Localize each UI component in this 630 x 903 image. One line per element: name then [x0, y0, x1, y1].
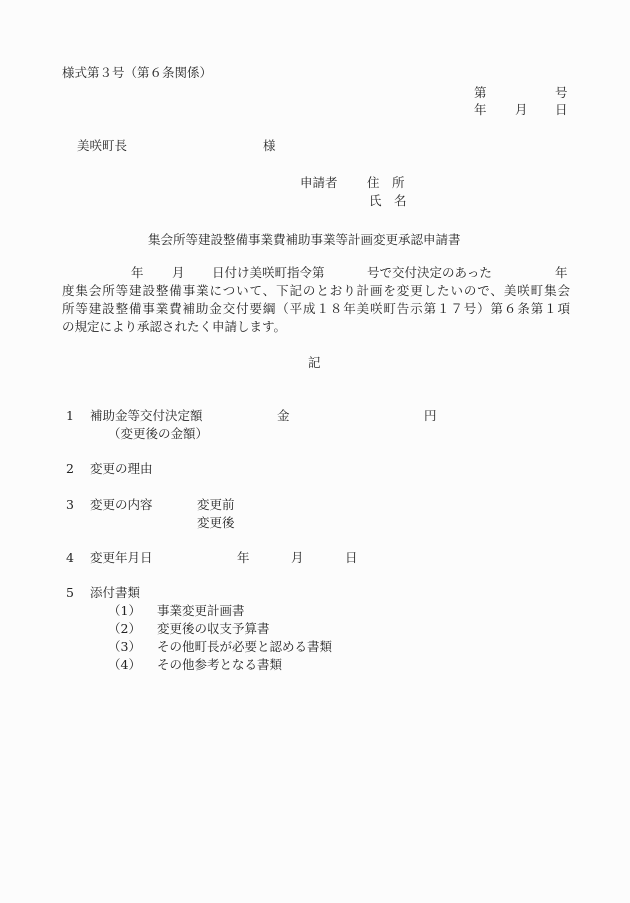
item-1-unit: 円 — [424, 407, 437, 425]
body-line-1-num: 号で交付決定のあった — [367, 264, 492, 282]
item-3-after: 変更後 — [197, 514, 235, 532]
doc-date-day: 日 — [555, 101, 568, 119]
addressee-name: 美咲町長 — [77, 137, 127, 155]
item-5-number: 5 — [66, 584, 74, 602]
body-line-2: 度集会所等建設整備事業について、下記のとおり計画を変更したいので、美咲町集会 — [62, 282, 570, 300]
form-label: 様式第３号（第６条関係） — [62, 64, 212, 82]
attachment-4-text: その他参考となる書類 — [157, 656, 282, 674]
doc-number-suffix: 号 — [555, 84, 568, 102]
item-3-number: 3 — [66, 496, 74, 514]
item-5-label: 添付書類 — [90, 584, 140, 602]
document-title: 集会所等建設整備事業費補助事業等計画変更承認申請書 — [148, 231, 461, 249]
item-2-label: 変更の理由 — [90, 460, 153, 478]
attachment-1-number: （1） — [108, 602, 141, 620]
body-line-1-month: 月 — [172, 264, 185, 282]
item-1-currency: 金 — [277, 407, 290, 425]
ki-heading: 記 — [308, 354, 321, 372]
item-4-day: 日 — [345, 549, 358, 567]
addressee-honorific: 様 — [263, 137, 276, 155]
attachment-2-text: 変更後の収支予算書 — [157, 620, 270, 638]
doc-number-prefix: 第 — [474, 84, 487, 102]
attachment-2-number: （2） — [108, 620, 141, 638]
item-1-sub: （変更後の金額） — [108, 425, 208, 443]
applicant-address-label: 住 所 — [367, 174, 405, 192]
item-1-label: 補助金等交付決定額 — [90, 407, 203, 425]
item-2-number: 2 — [66, 460, 74, 478]
applicant-name-label: 氏 名 — [369, 192, 407, 210]
body-line-1-year2: 年 — [555, 264, 568, 282]
item-4-month: 月 — [291, 549, 304, 567]
attachment-3-text: その他町長が必要と認める書類 — [157, 638, 332, 656]
doc-date-year: 年 — [474, 101, 487, 119]
item-4-number: 4 — [66, 549, 74, 567]
body-line-1: 年 — [131, 264, 144, 282]
attachment-4-number: （4） — [108, 656, 141, 674]
body-line-4: の規定により承認されたく申請します。 — [62, 318, 570, 336]
item-3-label: 変更の内容 — [90, 496, 153, 514]
doc-date-month: 月 — [515, 101, 528, 119]
item-1-number: 1 — [66, 407, 74, 425]
body-line-3: 所等建設整備事業費補助金交付要綱（平成１８年美咲町告示第１７号）第６条第１項 — [62, 300, 570, 318]
body-line-1-text: 日付け美咲町指令第 — [212, 264, 325, 282]
item-4-label: 変更年月日 — [90, 549, 153, 567]
applicant-label: 申請者 — [300, 174, 338, 192]
attachment-3-number: （3） — [108, 638, 141, 656]
attachment-1-text: 事業変更計画書 — [157, 602, 245, 620]
item-4-year: 年 — [237, 549, 250, 567]
item-3-before: 変更前 — [197, 496, 235, 514]
body-paragraph: 度集会所等建設整備事業について、下記のとおり計画を変更したいので、美咲町集会 所… — [62, 282, 570, 336]
